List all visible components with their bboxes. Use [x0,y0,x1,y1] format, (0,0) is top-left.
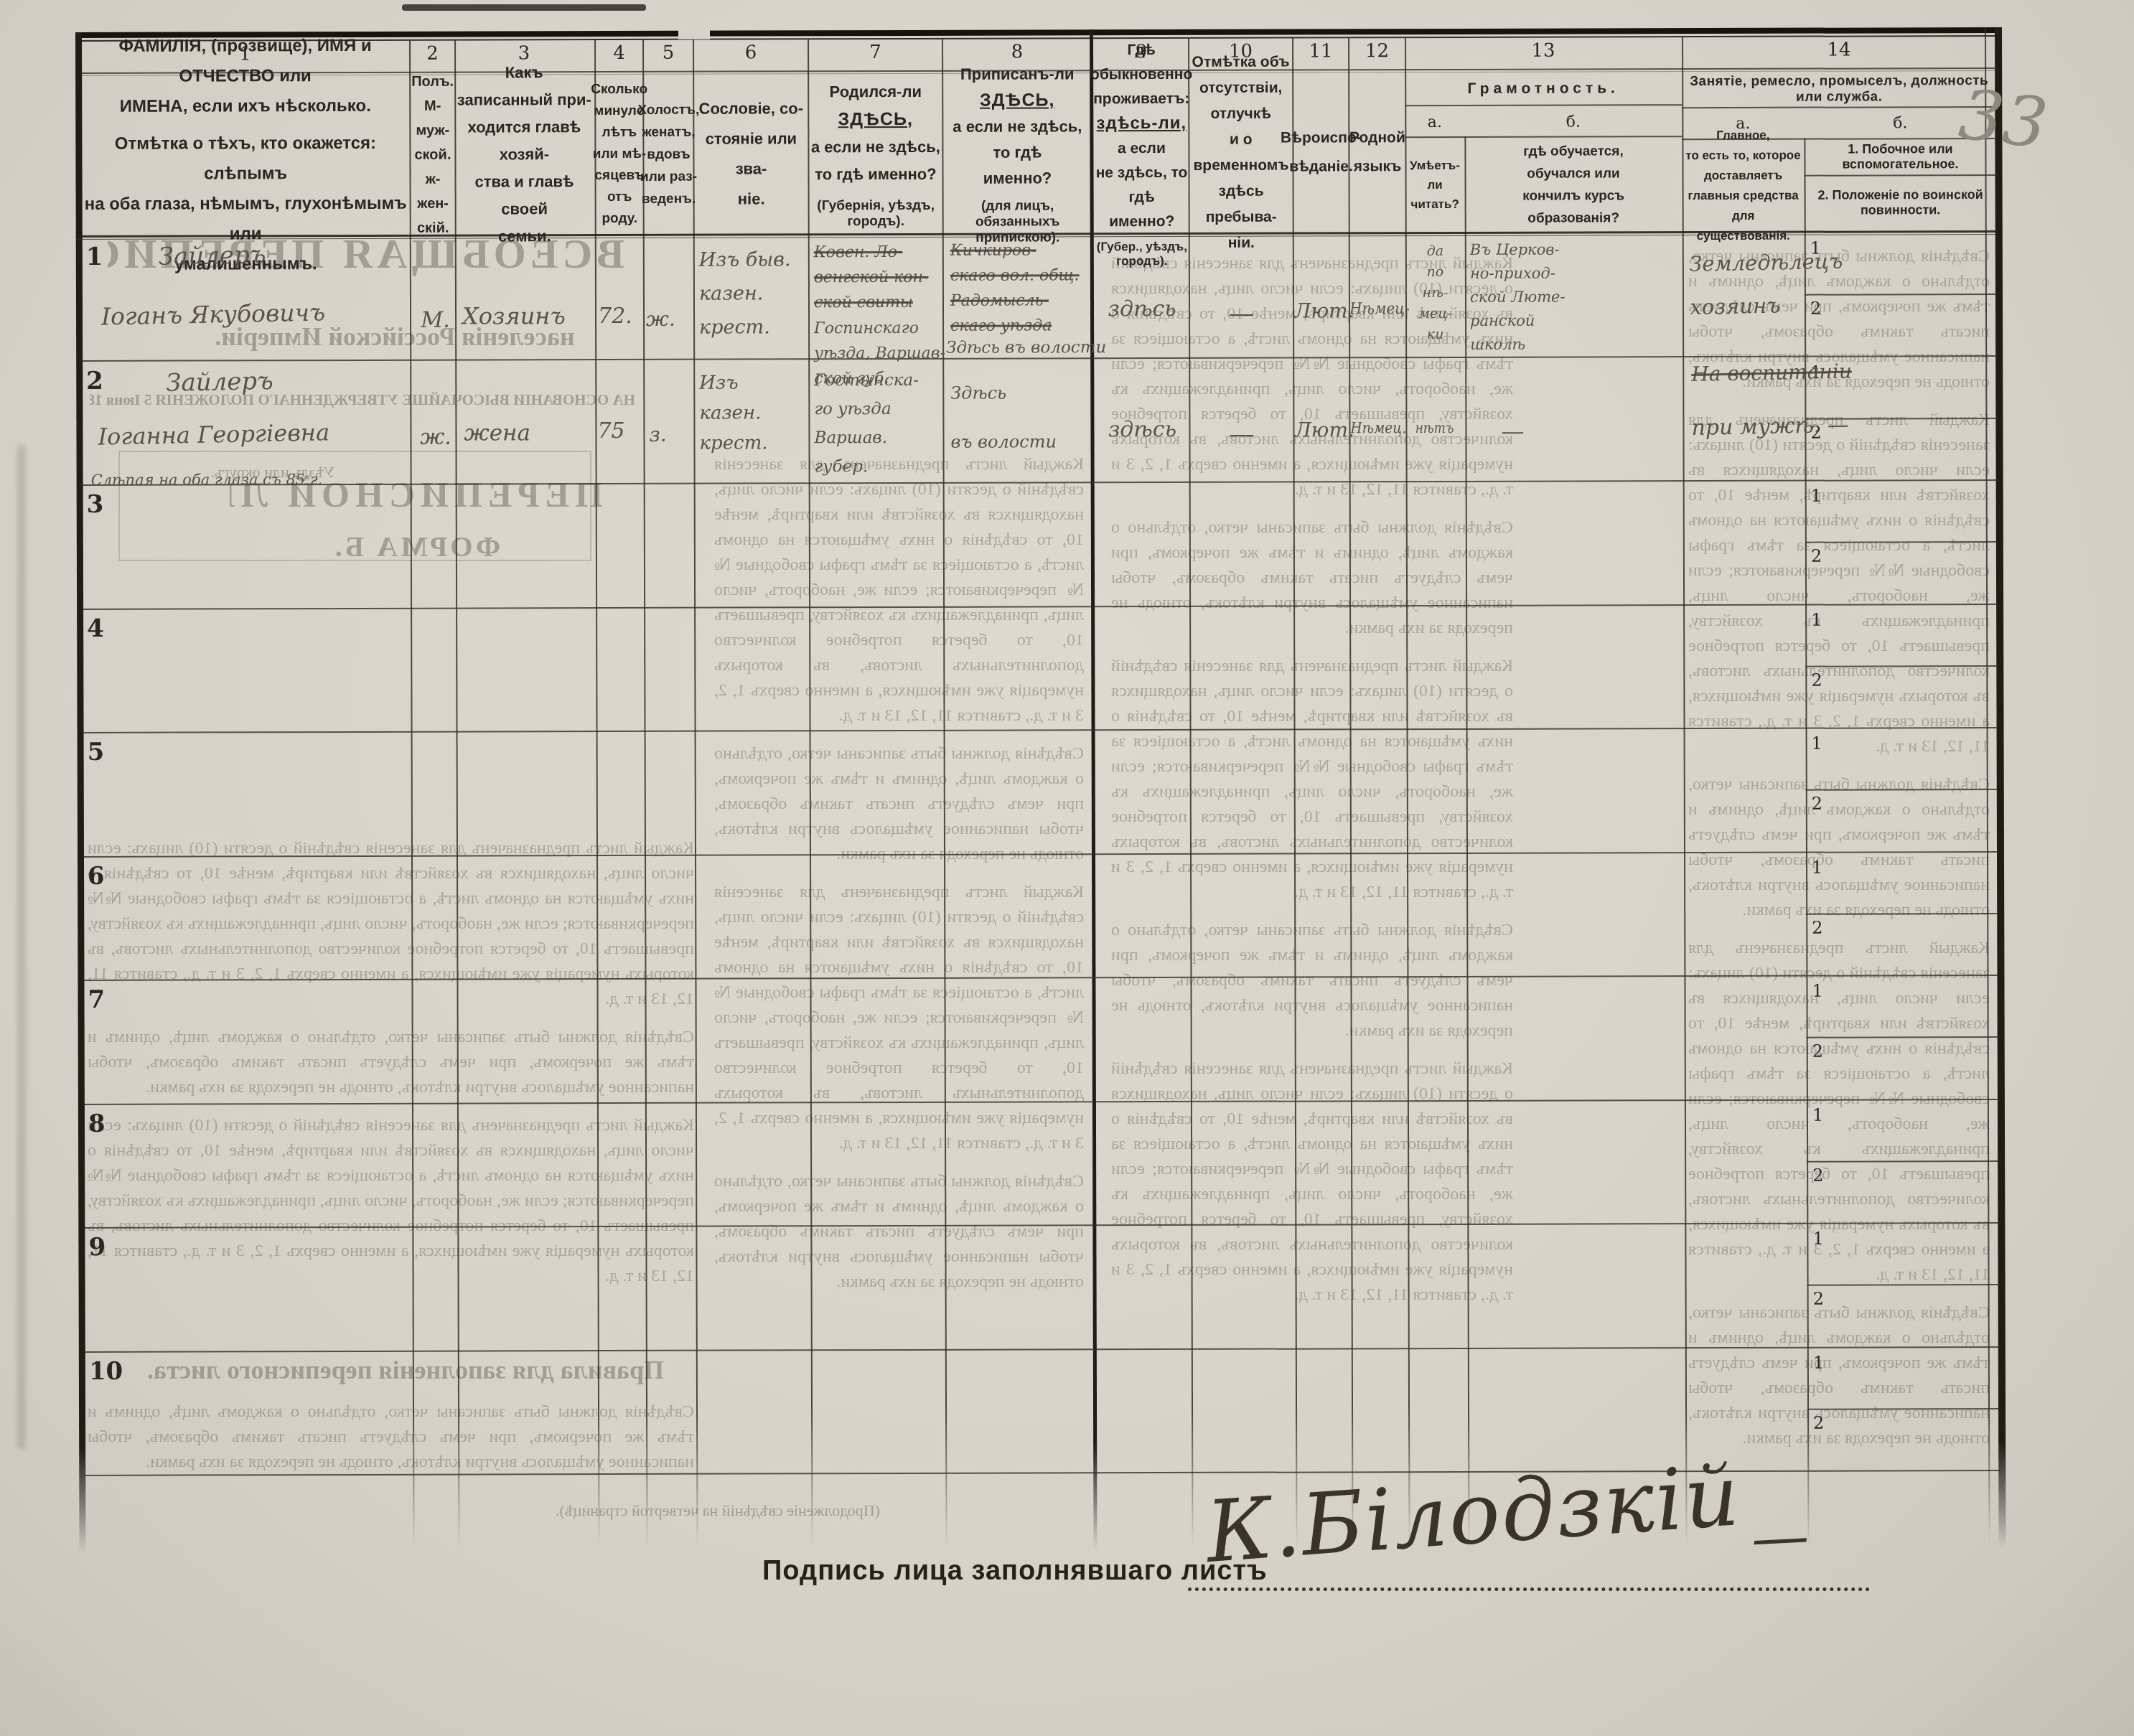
subrow-label-2: 2 [1812,1165,1823,1186]
col14a-header: Главное, то есть то, которое доставляетъ… [1683,140,1802,231]
entry-birthplace: Гостынска- го уѣзда Варшав. губер. [814,366,919,481]
col14-title: Занятіе, ремесло, промыселъ, должность и… [1682,72,1996,107]
subrow-divider [1806,789,1998,790]
subrow-label-1: 1 [1812,1105,1823,1125]
subrow-label-2: 2 [1812,794,1822,814]
col-number-11: 11 [1293,40,1348,62]
entry-language: Нѣмец. [1351,419,1405,436]
subrow-label-1: 1 [1812,733,1822,754]
subrow-label-2: 2 [1812,1041,1823,1061]
entry-sex: ж. [413,425,457,450]
entry-literacy: да по нѣ- мец- ки [1405,241,1465,345]
grid-vline [594,39,600,1549]
row-number: 1 [86,243,129,271]
grid-vline [1188,38,1194,1547]
col-header-7: Родился-ли ЗДѢСЬ, а если не здѣсь, то гд… [809,75,942,233]
row-number: 5 [88,738,131,766]
entry-age: 75 [597,418,624,444]
col13a-label: а. [1405,108,1464,136]
pencil-sheet-number: 33 [1955,74,2052,164]
col13a-header: Умѣетъ- ли читать? [1405,138,1464,232]
grid-vline [693,39,698,1549]
entry-relation: Хозяинъ [462,302,566,329]
entry-registration: Здѣсь въ волости [950,368,1057,466]
entry-occupation: Земледѣлецъ хозяинъ [1689,240,1844,329]
grid-vline [1804,139,1809,1546]
grid-vline [1464,136,1469,1547]
row-number: 3 [87,490,130,519]
col-number-4: 4 [596,42,642,64]
subrow-divider [1806,913,1998,914]
entry-residence: здѣсь [1095,417,1189,442]
subrow-label-2: 2 [1812,918,1822,938]
row-line [83,727,1998,733]
entry-birthplace-struck: Ковен. Ло- венгской кон- ской свиты [814,240,929,315]
entry-estate: Изъ казен. крест. [699,367,767,458]
entry-education: Въ Церков- но-приход- ской Люте- ранской… [1470,238,1566,357]
col8-header-text: Приписанъ-ли ЗДѢСЬ, а если не здѣсь, то … [943,61,1091,192]
col-header-2: Полъ. М-муж- ской. ж-жен- скій. [411,76,455,234]
subrow-divider [1805,541,1998,543]
col-header-9: Гдѣ обыкновенно проживаетъ: здѣсь-ли, а … [1095,74,1189,232]
entry-education-dash: — [1501,418,1524,445]
row-number: 7 [88,985,131,1014]
col-header-5: Холостъ, женатъ, вдовъ или раз- веденъ. [644,75,693,233]
grid-vline [1682,37,1688,1546]
col-header-12: Родной языкъ [1349,73,1405,231]
subrow-label-1: 1 [1812,981,1822,1001]
col9-header-text: Гдѣ обыкновенно проживаетъ: здѣсь-ли, а … [1090,37,1193,233]
entry-absence-dash: — [1190,299,1293,329]
grid-vline [1292,38,1298,1547]
subrow-label-2: 2 [1813,1289,1824,1309]
subrow-divider [1807,1408,2000,1409]
census-sheet-page: ВСЕОБЩАЯ ПЕРЕПИСЬ населенія Россійской И… [0,0,2134,1736]
col-number-2: 2 [411,43,454,65]
col-number-6: 6 [694,42,808,63]
col-header-3: Какъ записанный при- ходится главѣ хозяй… [456,75,593,233]
entry-name: Іоганна Георгіевна [98,418,329,450]
subrow-label-1: 1 [1811,486,1822,506]
row-number: 8 [88,1109,131,1138]
grid-vline [454,40,460,1549]
col13-title: Грамотность. [1405,72,1682,105]
scan-streak [402,4,646,11]
subrow-divider [1805,665,1998,667]
row-line [84,1222,1999,1229]
col-header-11: Вѣроиспо- вѣданіе. [1293,73,1349,231]
col13b-label: б. [1464,107,1682,136]
entry-surname: Зайлеръ. [158,240,273,271]
row-line [83,975,1998,981]
col-number-14: 14 [1682,39,1996,61]
subrow-divider [1807,1160,1999,1162]
subrow-label-1: 1 [1812,1229,1823,1249]
col-number-12: 12 [1349,40,1405,62]
entry-estate: Изъ быв. казен. крест. [699,243,791,344]
entry-occupation: при мужѣ. — [1691,413,1849,441]
col13b-header: гдѣ обучается, обучался или кончилъ курс… [1464,137,1682,232]
col9-mid: а если не здѣсь, то гдѣ именно? [1096,140,1188,230]
entry-sex: М. [413,308,457,333]
row-number: 6 [88,862,131,891]
subrow-label-1: 1 [1812,858,1822,878]
grid-vline [409,40,415,1549]
col8-emphasis: ЗДѢСЬ, [980,90,1055,110]
entry-relation: жена [464,420,530,446]
col9-paren: (Губер., уѣздъ, городъ). [1095,239,1189,268]
subrow-label-1: 1 [1813,1353,1824,1373]
entry-occupation-struck: На воспитаніи [1691,360,1852,386]
col7-pre: Родился-ли [829,82,921,100]
col7-header-text: Родился-ли ЗДѢСЬ, а если не здѣсь, то гд… [809,78,942,187]
entry-literacy: нѣтъ [1408,419,1461,436]
col-number-7: 7 [809,42,942,63]
col-header-4: Сколько минуло лѣтъ или мѣ- сяцевъ отъ р… [596,75,643,233]
col7-emphasis: ЗДѢСЬ, [838,108,914,128]
col-header-1: ФАМИЛІЯ, (прозвище), ИМЯ и ОТЧЕСТВО или … [81,76,410,235]
entry-surname: Зайлеръ [166,367,273,398]
subrow-label-1: 1 [1811,610,1822,630]
col8-pre: Приписанъ-ли [960,65,1075,83]
col-number-5: 5 [644,42,693,64]
entry-religion: Лют. [1294,418,1349,441]
entry-residence: здѣсь [1095,296,1189,322]
grid-vline [642,39,648,1549]
subrow-label-2: 2 [1811,670,1822,690]
row-number: 2 [86,367,129,395]
row-number: 9 [88,1233,131,1262]
grid-vline [1348,37,1354,1547]
entry-religion: Лют. [1294,299,1349,322]
col14b2-header: 2. Положеніе по воинской повинности. [1805,174,1997,231]
col-header-6: Сословіе, со- стояніе или зва- ніе. [694,75,808,233]
entry-name: Іоганъ Якубовичъ [101,298,326,330]
entry-marital: ж. [646,307,675,331]
entry-registration-struck: Кичкиров- скаго вол. общ. Радомысль- ска… [950,238,1080,338]
subrow-label-2: 2 [1811,546,1822,566]
subrow-divider [1807,1036,1999,1038]
census-table: 1 2 3 4 5 6 7 8 9 10 11 12 13 14 ФАМИЛІЯ… [75,27,2006,1554]
scan-smear [17,445,26,1450]
grid-vline [1985,27,1990,1545]
row-line [83,479,1998,486]
row-number: 10 [89,1357,132,1386]
col1-header-line1: ФАМИЛІЯ, (прозвище), ИМЯ и ОТЧЕСТВО или … [81,31,409,122]
row-line [83,851,1998,858]
col-number-13: 13 [1405,39,1682,62]
entry-registration: Здѣсь въ волости [946,338,1106,357]
entry-age: 72. [598,304,632,329]
entry-absence-dash: — [1190,420,1293,449]
row-number: 4 [87,614,130,643]
grid-vline [942,39,947,1548]
row-line [84,1099,1999,1105]
col7-paren: (Губернія, уѣздъ, городъ). [810,197,942,229]
col9-line1: Гдѣ обыкновенно проживаетъ: [1090,42,1192,107]
scan-gap-patch [678,29,710,39]
subrow-label-2: 2 [1813,1413,1824,1433]
entry-marital: з. [649,423,666,446]
col9-emphasis: здѣсь-ли, [1097,113,1187,132]
col-header-10: Отмѣтка объ отсутствіи, отлучкѣ и о врем… [1189,74,1293,232]
col-number-8: 8 [943,41,1091,63]
grid-vline [808,39,813,1548]
subrow-divider [1807,1284,2000,1285]
entry-language: Нѣмец- [1349,300,1405,318]
row-line [85,1346,2000,1353]
signature-caption: Подпись лица заполнявшаго листъ [762,1556,1268,1587]
row-line [83,604,1998,610]
col-header-8: Приписанъ-ли ЗДѢСЬ, а если не здѣсь, то … [943,74,1092,233]
signature-flourish-dash: — [1750,1502,1811,1572]
entry-blindness-note: Слѣпая на оба глаза съ 85 г. [91,471,323,489]
table-right-border [1995,27,2006,1549]
